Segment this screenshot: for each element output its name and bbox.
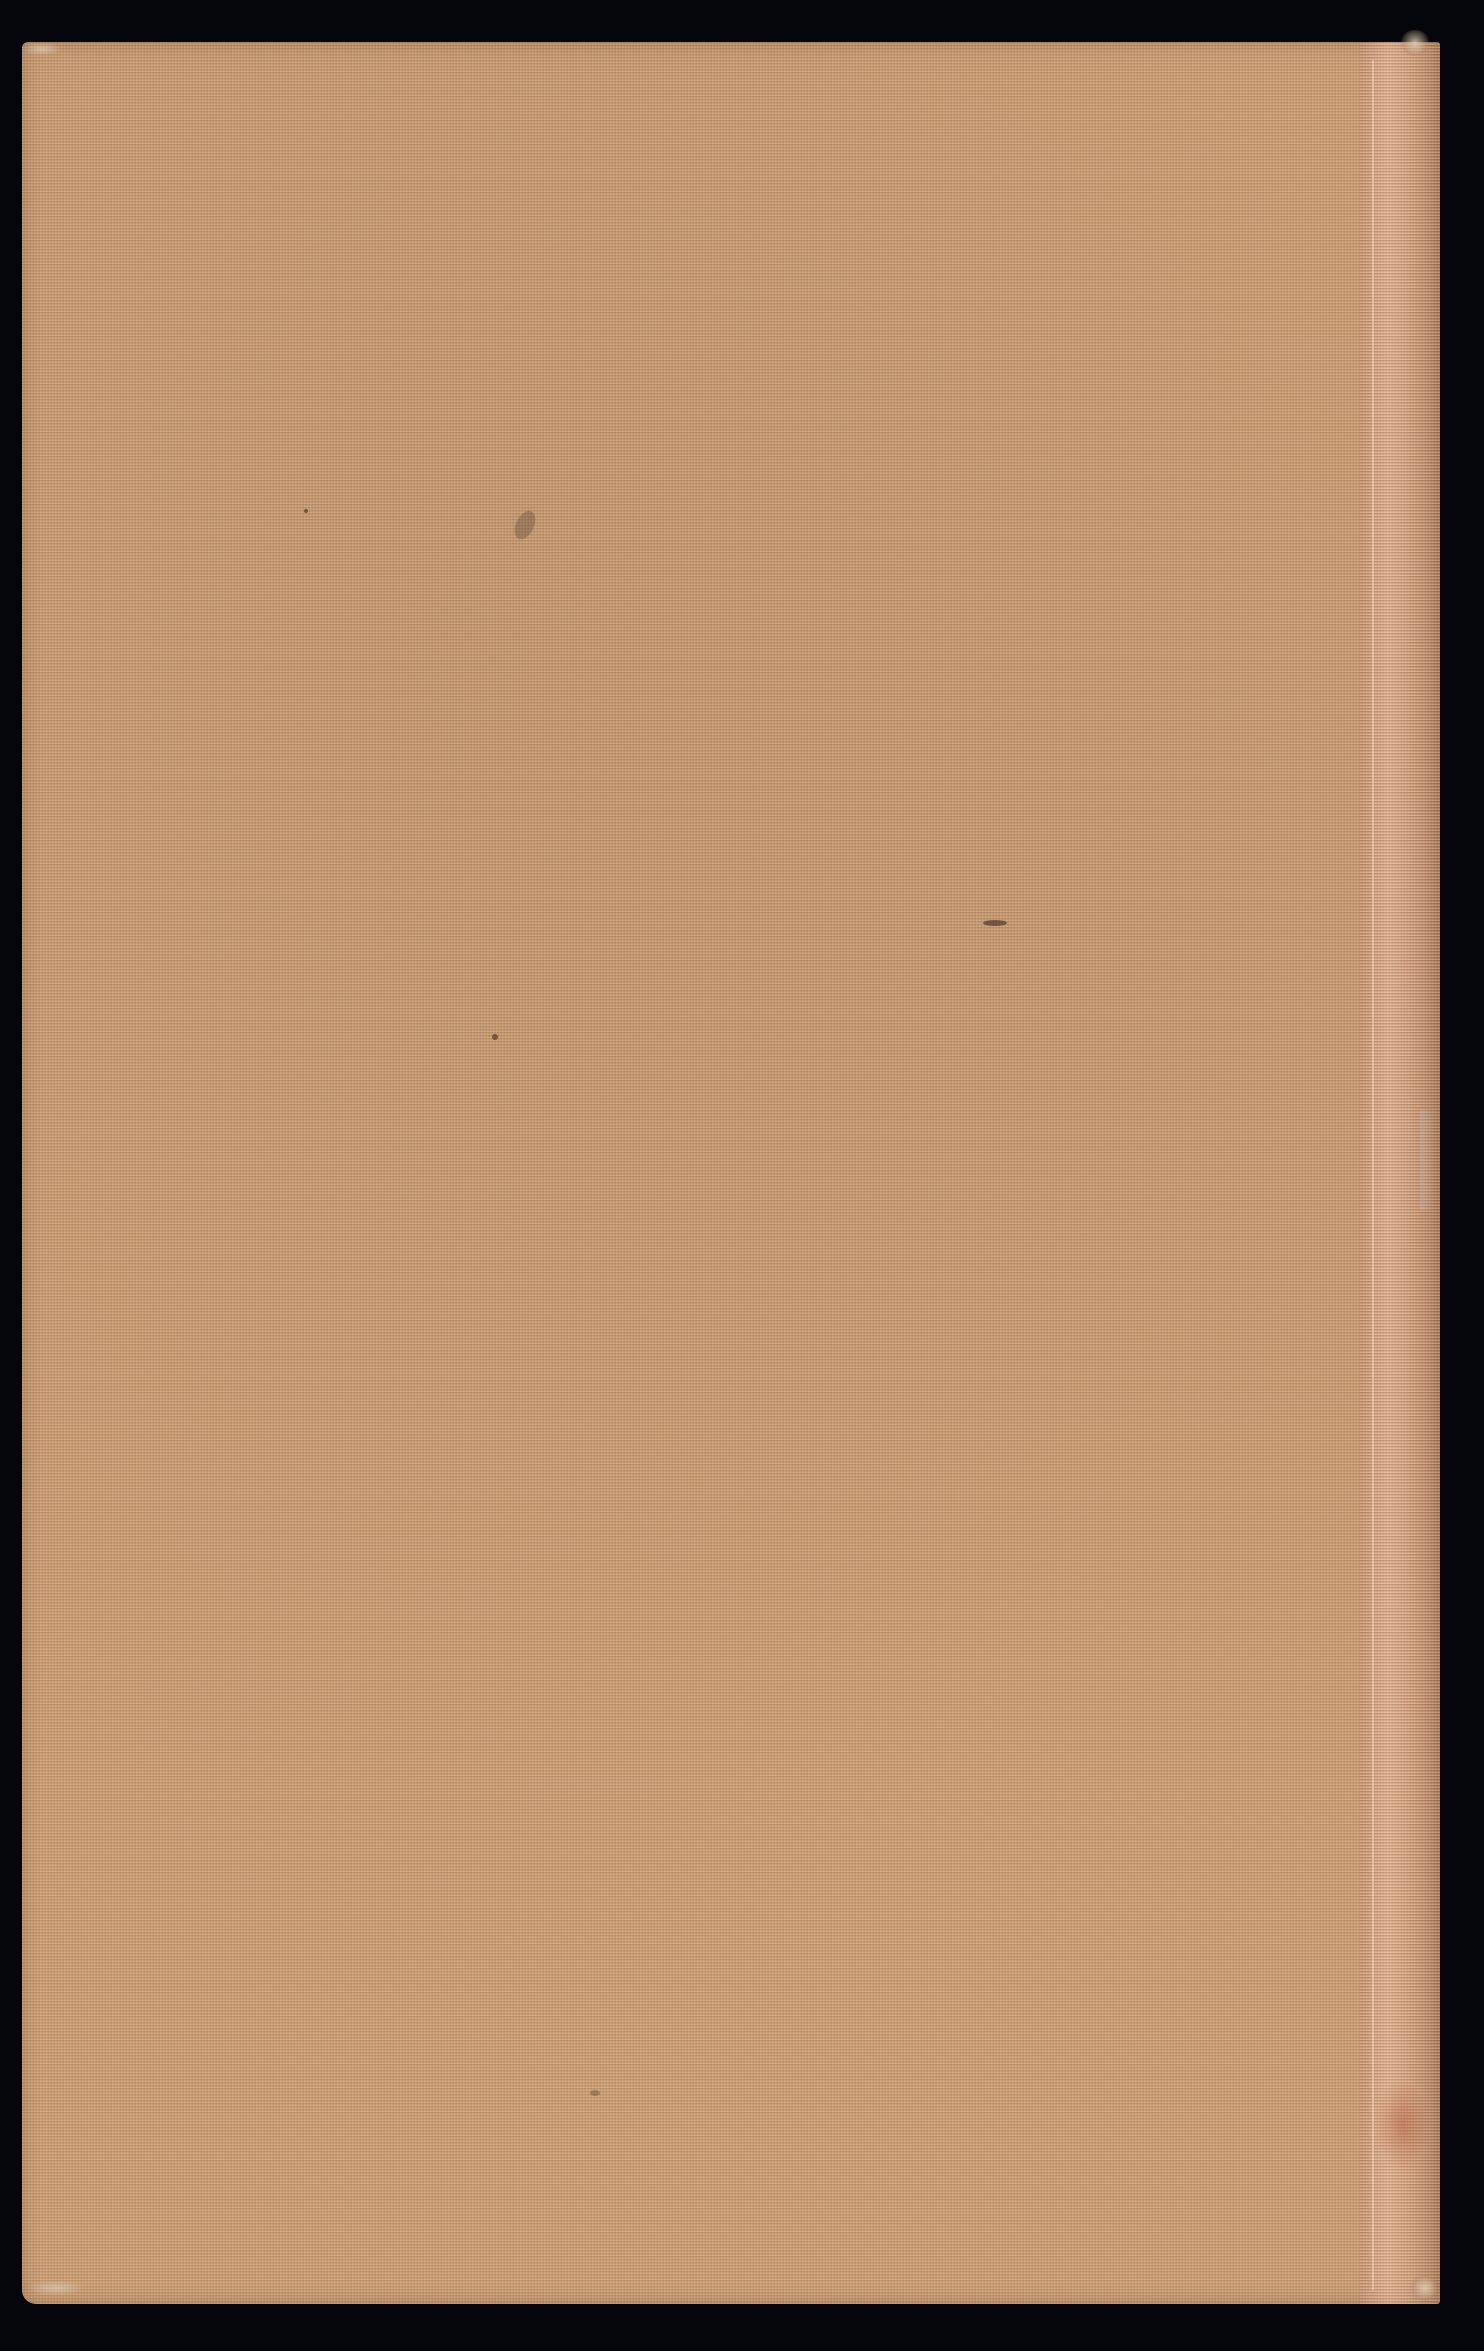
spot-mark — [304, 509, 308, 513]
frayed-bottom-right-corner — [1410, 2275, 1440, 2301]
frayed-top-right-corner — [1400, 30, 1430, 56]
worn-top-left-corner — [22, 42, 62, 56]
hinge-groove — [1372, 60, 1374, 2290]
worn-bottom-left-corner — [26, 2280, 86, 2296]
worn-spine-edge — [1420, 1110, 1436, 1210]
reddish-stain — [1375, 2080, 1430, 2170]
spot-mark — [590, 2090, 600, 2096]
spot-mark — [492, 1034, 498, 1040]
photo-scene — [0, 0, 1484, 2351]
book-back-cover — [22, 42, 1440, 2304]
ink-mark — [983, 920, 1007, 926]
